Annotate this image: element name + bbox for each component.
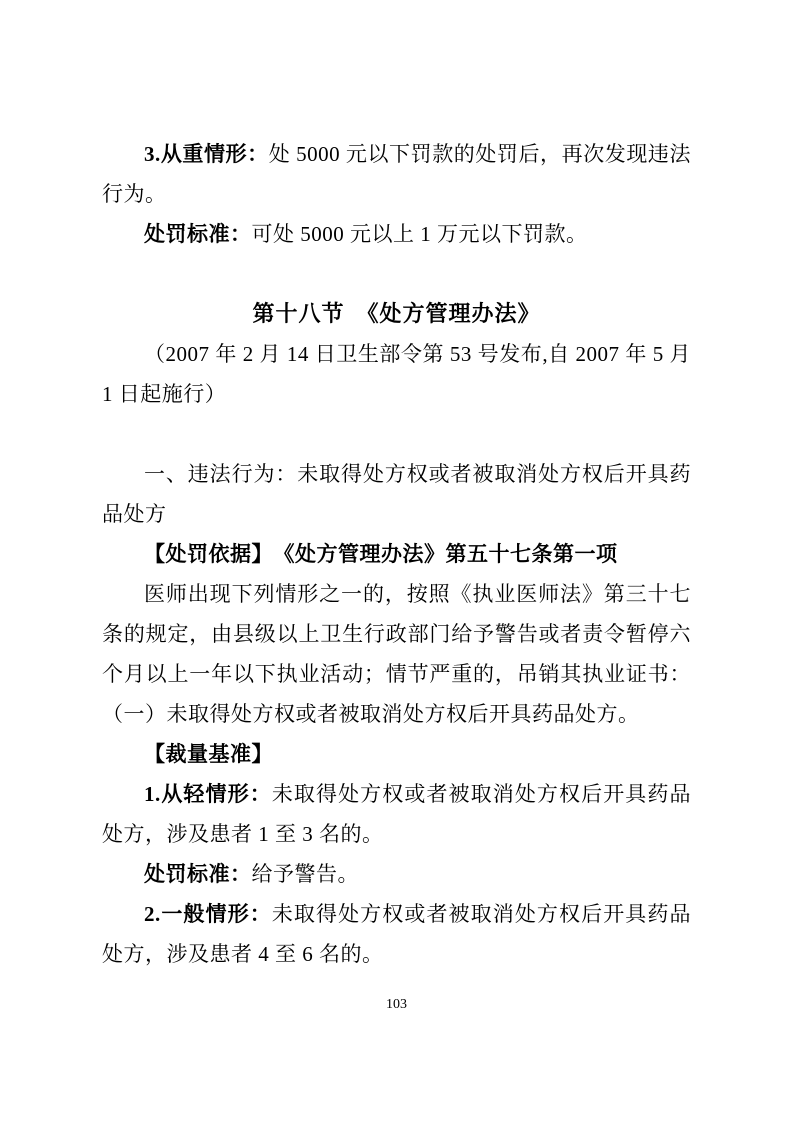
para-general-circumstance: 2.一般情形：未取得处方权或者被取消处方权后开具药品处方，涉及患者 4 至 6 …: [102, 894, 691, 974]
para-statute-text: 医师出现下列情形之一的，按照《执业医师法》第三十七条的规定，由县级以上卫生行政部…: [102, 574, 691, 734]
para-discretion-benchmark-heading: 【裁量基准】: [102, 734, 691, 774]
paragraph-label: 1.从轻情形：: [144, 782, 272, 806]
para-penalty-standard-1: 处罚标准：可处 5000 元以上 1 万元以下罚款。: [102, 214, 691, 254]
paragraph-text: 给予警告。: [252, 862, 360, 886]
paragraph-label: 处罚标准：: [144, 222, 252, 246]
para-aggravated-circumstance: 3.从重情形：处 5000 元以下罚款的处罚后，再次发现违法行为。: [102, 134, 691, 214]
page-number: 103: [0, 994, 793, 1016]
paragraph-label: 2.一般情形：: [144, 902, 272, 926]
para-lenient-circumstance: 1.从轻情形：未取得处方权或者被取消处方权后开具药品处方，涉及患者 1 至 3 …: [102, 774, 691, 854]
paragraph-label: 3.从重情形：: [144, 142, 269, 166]
document-body: 3.从重情形：处 5000 元以下罚款的处罚后，再次发现违法行为。 处罚标准：可…: [102, 134, 691, 974]
para-penalty-basis: 【处罚依据】 《处方管理办法》第五十七条第一项: [102, 534, 691, 574]
para-promulgation-info: （2007 年 2 月 14 日卫生部令第 53 号发布,自 2007 年 5 …: [102, 334, 691, 414]
document-page: { "colors": { "background": "#ffffff", "…: [0, 0, 793, 1122]
section-heading: 第十八节 《处方管理办法》: [102, 294, 691, 334]
para-penalty-standard-2: 处罚标准：给予警告。: [102, 854, 691, 894]
paragraph-text: 可处 5000 元以上 1 万元以下罚款。: [252, 222, 588, 246]
para-violation-act: 一、违法行为：未取得处方权或者被取消处方权后开具药品处方: [102, 454, 691, 534]
paragraph-label: 处罚标准：: [144, 862, 252, 886]
